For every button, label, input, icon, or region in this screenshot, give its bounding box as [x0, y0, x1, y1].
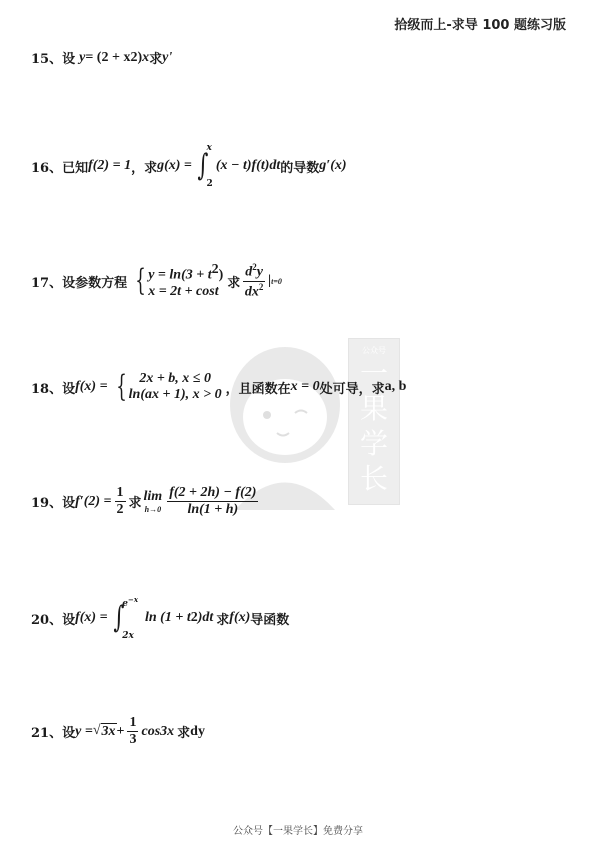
frac-num: 1 — [115, 485, 126, 502]
limit-fraction: f(2 + 2h) − f(2) ln(1 + h) — [167, 485, 258, 518]
tail-text: 处可导，求 — [320, 378, 385, 397]
math-expr: = (2 + x — [85, 50, 130, 66]
frac-num: y — [257, 265, 263, 280]
limit: lim h→0 — [144, 489, 163, 514]
ask-text: ，求 — [131, 157, 157, 176]
problem-number: 15、 — [31, 48, 62, 67]
ask-text: 求 — [227, 272, 240, 291]
radicand: 3x — [101, 723, 117, 740]
math-target: g′(x) — [319, 158, 346, 174]
math-expr: g(x) = — [157, 158, 192, 174]
problem-number: 20、 — [31, 609, 62, 628]
problem-number: 17、 — [31, 272, 62, 291]
math-expr: ) — [219, 268, 224, 283]
problem-number: 21、 — [31, 722, 62, 741]
problem-prefix: 设 — [62, 722, 75, 741]
math-expr: f′(2) = — [75, 494, 111, 510]
math-target: f(x) — [229, 610, 250, 626]
problem-prefix: 设 — [62, 609, 75, 628]
page-header-title: 拾级而上-求导 100 题练习版 — [394, 14, 566, 33]
problem-21: 21、 设 y = √ 3x + 1 3 cos3x 求 dy — [31, 715, 205, 748]
problem-18: 18、 设 f(x) = { 2x + b, x ≤ 0 ln(ax + 1),… — [31, 371, 406, 403]
integral-sign-icon: ∫ — [197, 151, 208, 181]
math-expr: f(2) = 1 — [88, 158, 131, 174]
square-root: √ 3x — [93, 723, 117, 740]
math-exp: 2 — [259, 282, 264, 292]
math-integrand: ln (1 + t — [145, 610, 191, 626]
problem-number: 18、 — [31, 378, 62, 397]
problem-20: 20、 设 f(x) = ∫ e−x2x ln (1 + t2)dt 求 f(x… — [31, 595, 289, 641]
case-line: 2x + b, x ≤ 0 — [129, 371, 222, 387]
math-exp: 2 — [191, 610, 198, 626]
lim-sub: h→0 — [145, 505, 161, 514]
ask-text: 求 — [177, 722, 190, 741]
math-target: y' — [162, 50, 172, 66]
frac-den: 3 — [129, 732, 136, 748]
math-expr: cos3x — [141, 724, 174, 740]
second-derivative-fraction: d2y dx2 — [243, 262, 265, 301]
math-expr: y = — [75, 724, 93, 740]
case-line: ln(ax + 1), x > 0 — [129, 387, 222, 403]
watermark-banner: 公众号 一 果 学 长 — [348, 338, 400, 505]
half-fraction: 1 2 — [115, 485, 126, 518]
math-exp: 2 — [212, 262, 219, 277]
math-target: dy — [190, 724, 205, 740]
watermark-char: 学 — [349, 426, 399, 461]
tail-text: 导函数 — [250, 609, 289, 628]
third-fraction: 1 3 — [127, 715, 138, 748]
math-expr: f(x) = — [75, 610, 107, 626]
math-integrand: (x − t)f(t)dt — [216, 158, 280, 174]
equation-line: y = ln(3 + t — [148, 268, 211, 283]
math-exp: x — [142, 50, 149, 66]
math-exp: −x — [128, 595, 138, 604]
problem-19: 19、 设 f′(2) = 1 2 求 lim h→0 f(2 + 2h) − … — [31, 485, 261, 518]
integral-sign-icon: ∫ — [113, 603, 124, 633]
equation-line: x = 2t + cost — [148, 284, 223, 300]
piecewise-function: { 2x + b, x ≤ 0 ln(ax + 1), x > 0 — [112, 371, 222, 403]
tail-text: 的导数 — [280, 157, 319, 176]
math-expr: f(x) = — [75, 379, 107, 395]
math-target: a, b — [385, 379, 407, 395]
problem-prefix: 设 — [62, 48, 75, 67]
frac-num: f(2 + 2h) − f(2) — [167, 485, 258, 502]
problem-prefix: 已知 — [62, 157, 88, 176]
problem-prefix: 设 — [62, 492, 75, 511]
frac-den: 2 — [117, 502, 124, 518]
lower-limit: 2x — [122, 631, 138, 641]
left-brace-icon: { — [116, 372, 127, 402]
mid-text: ，且函数在 — [226, 378, 291, 397]
ask-text: 求 — [129, 492, 142, 511]
parametric-system: { y = ln(3 + t2) x = 2t + cost — [131, 262, 223, 300]
problem-number: 19、 — [31, 492, 62, 511]
frac-num: 1 — [127, 715, 138, 732]
watermark-char: 长 — [349, 461, 399, 496]
integral: ∫ e−x2x — [111, 595, 138, 641]
math-exp: 2 — [130, 50, 137, 66]
problem-17: 17、 设参数方程 { y = ln(3 + t2) x = 2t + cost… — [31, 262, 282, 301]
problem-number: 16、 — [31, 157, 62, 176]
math-expr: x = 0 — [291, 379, 320, 395]
problem-16: 16、 已知 f(2) = 1 ，求 g(x) = ∫ x2 (x − t)f(… — [31, 143, 347, 189]
page-footer: 公众号【一果学长】免费分享 — [0, 822, 596, 837]
evaluation-point: t=0 — [271, 277, 282, 286]
frac-den: ln(1 + h) — [187, 502, 238, 518]
problem-15: 15、 设 y = (2 + x2 )x 求 y' — [31, 48, 172, 67]
problem-prefix: 设参数方程 — [62, 272, 127, 291]
frac-den: dx — [245, 284, 259, 299]
ask-text: 求 — [149, 48, 162, 67]
lim-label: lim — [144, 489, 163, 505]
radical-sign-icon: √ — [93, 723, 101, 739]
watermark-small-label: 公众号 — [349, 345, 399, 356]
left-brace-icon: { — [135, 266, 146, 296]
ask-text: 求 — [216, 609, 229, 628]
problem-prefix: 设 — [62, 378, 75, 397]
integral: ∫ x2 — [195, 143, 213, 189]
math-op: + — [117, 724, 125, 740]
math-integrand: )dt — [198, 610, 214, 626]
